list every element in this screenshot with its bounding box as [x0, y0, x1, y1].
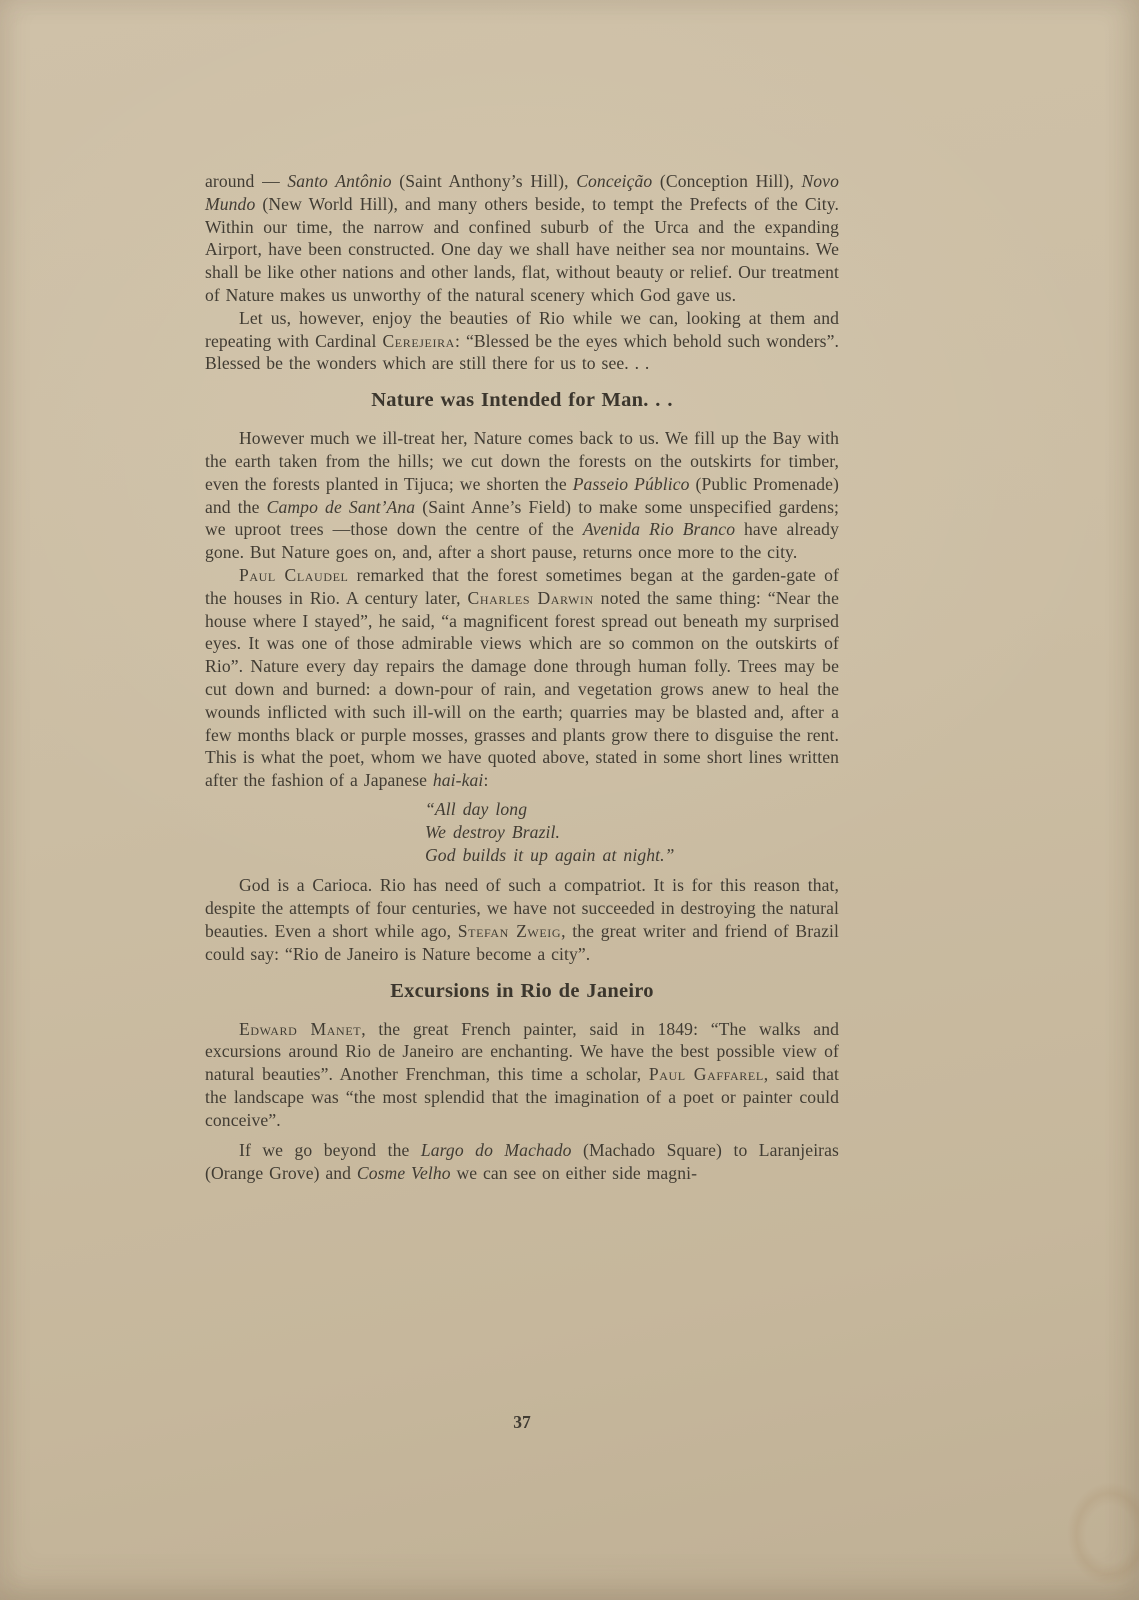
verse-line: “All day long — [425, 798, 839, 821]
haikai-verse: “All day long We destroy Brazil. God bui… — [425, 798, 839, 866]
paragraph-manet-gaffarel: Edward Manet, the great French painter, … — [205, 1018, 839, 1132]
paragraph-continuation-hills: around — Santo Antônio (Saint Anthony’s … — [205, 170, 839, 307]
paragraph-claudel-darwin: Paul Claudel remarked that the forest so… — [205, 564, 839, 792]
heading-nature-intended-for-man: Nature was Intended for Man. . . — [205, 388, 839, 413]
verse-line: God builds it up again at night.” — [425, 844, 839, 867]
paragraph-cardinal-cerejeira: Let us, however, enjoy the beauties of R… — [205, 307, 839, 375]
paragraph-largo-do-machado: If we go beyond the Largo do Machado (Ma… — [205, 1139, 839, 1185]
paragraph-nature-comes-back: However much we ill-treat her, Nature co… — [205, 427, 839, 564]
verse-line: We destroy Brazil. — [425, 821, 839, 844]
page-number: 37 — [205, 1412, 839, 1433]
book-page: around — Santo Antônio (Saint Anthony’s … — [0, 0, 1139, 1600]
text-column: around — Santo Antônio (Saint Anthony’s … — [205, 170, 839, 1185]
heading-excursions-in-rio: Excursions in Rio de Janeiro — [205, 979, 839, 1004]
paragraph-god-is-carioca: God is a Carioca. Rio has need of such a… — [205, 874, 839, 965]
